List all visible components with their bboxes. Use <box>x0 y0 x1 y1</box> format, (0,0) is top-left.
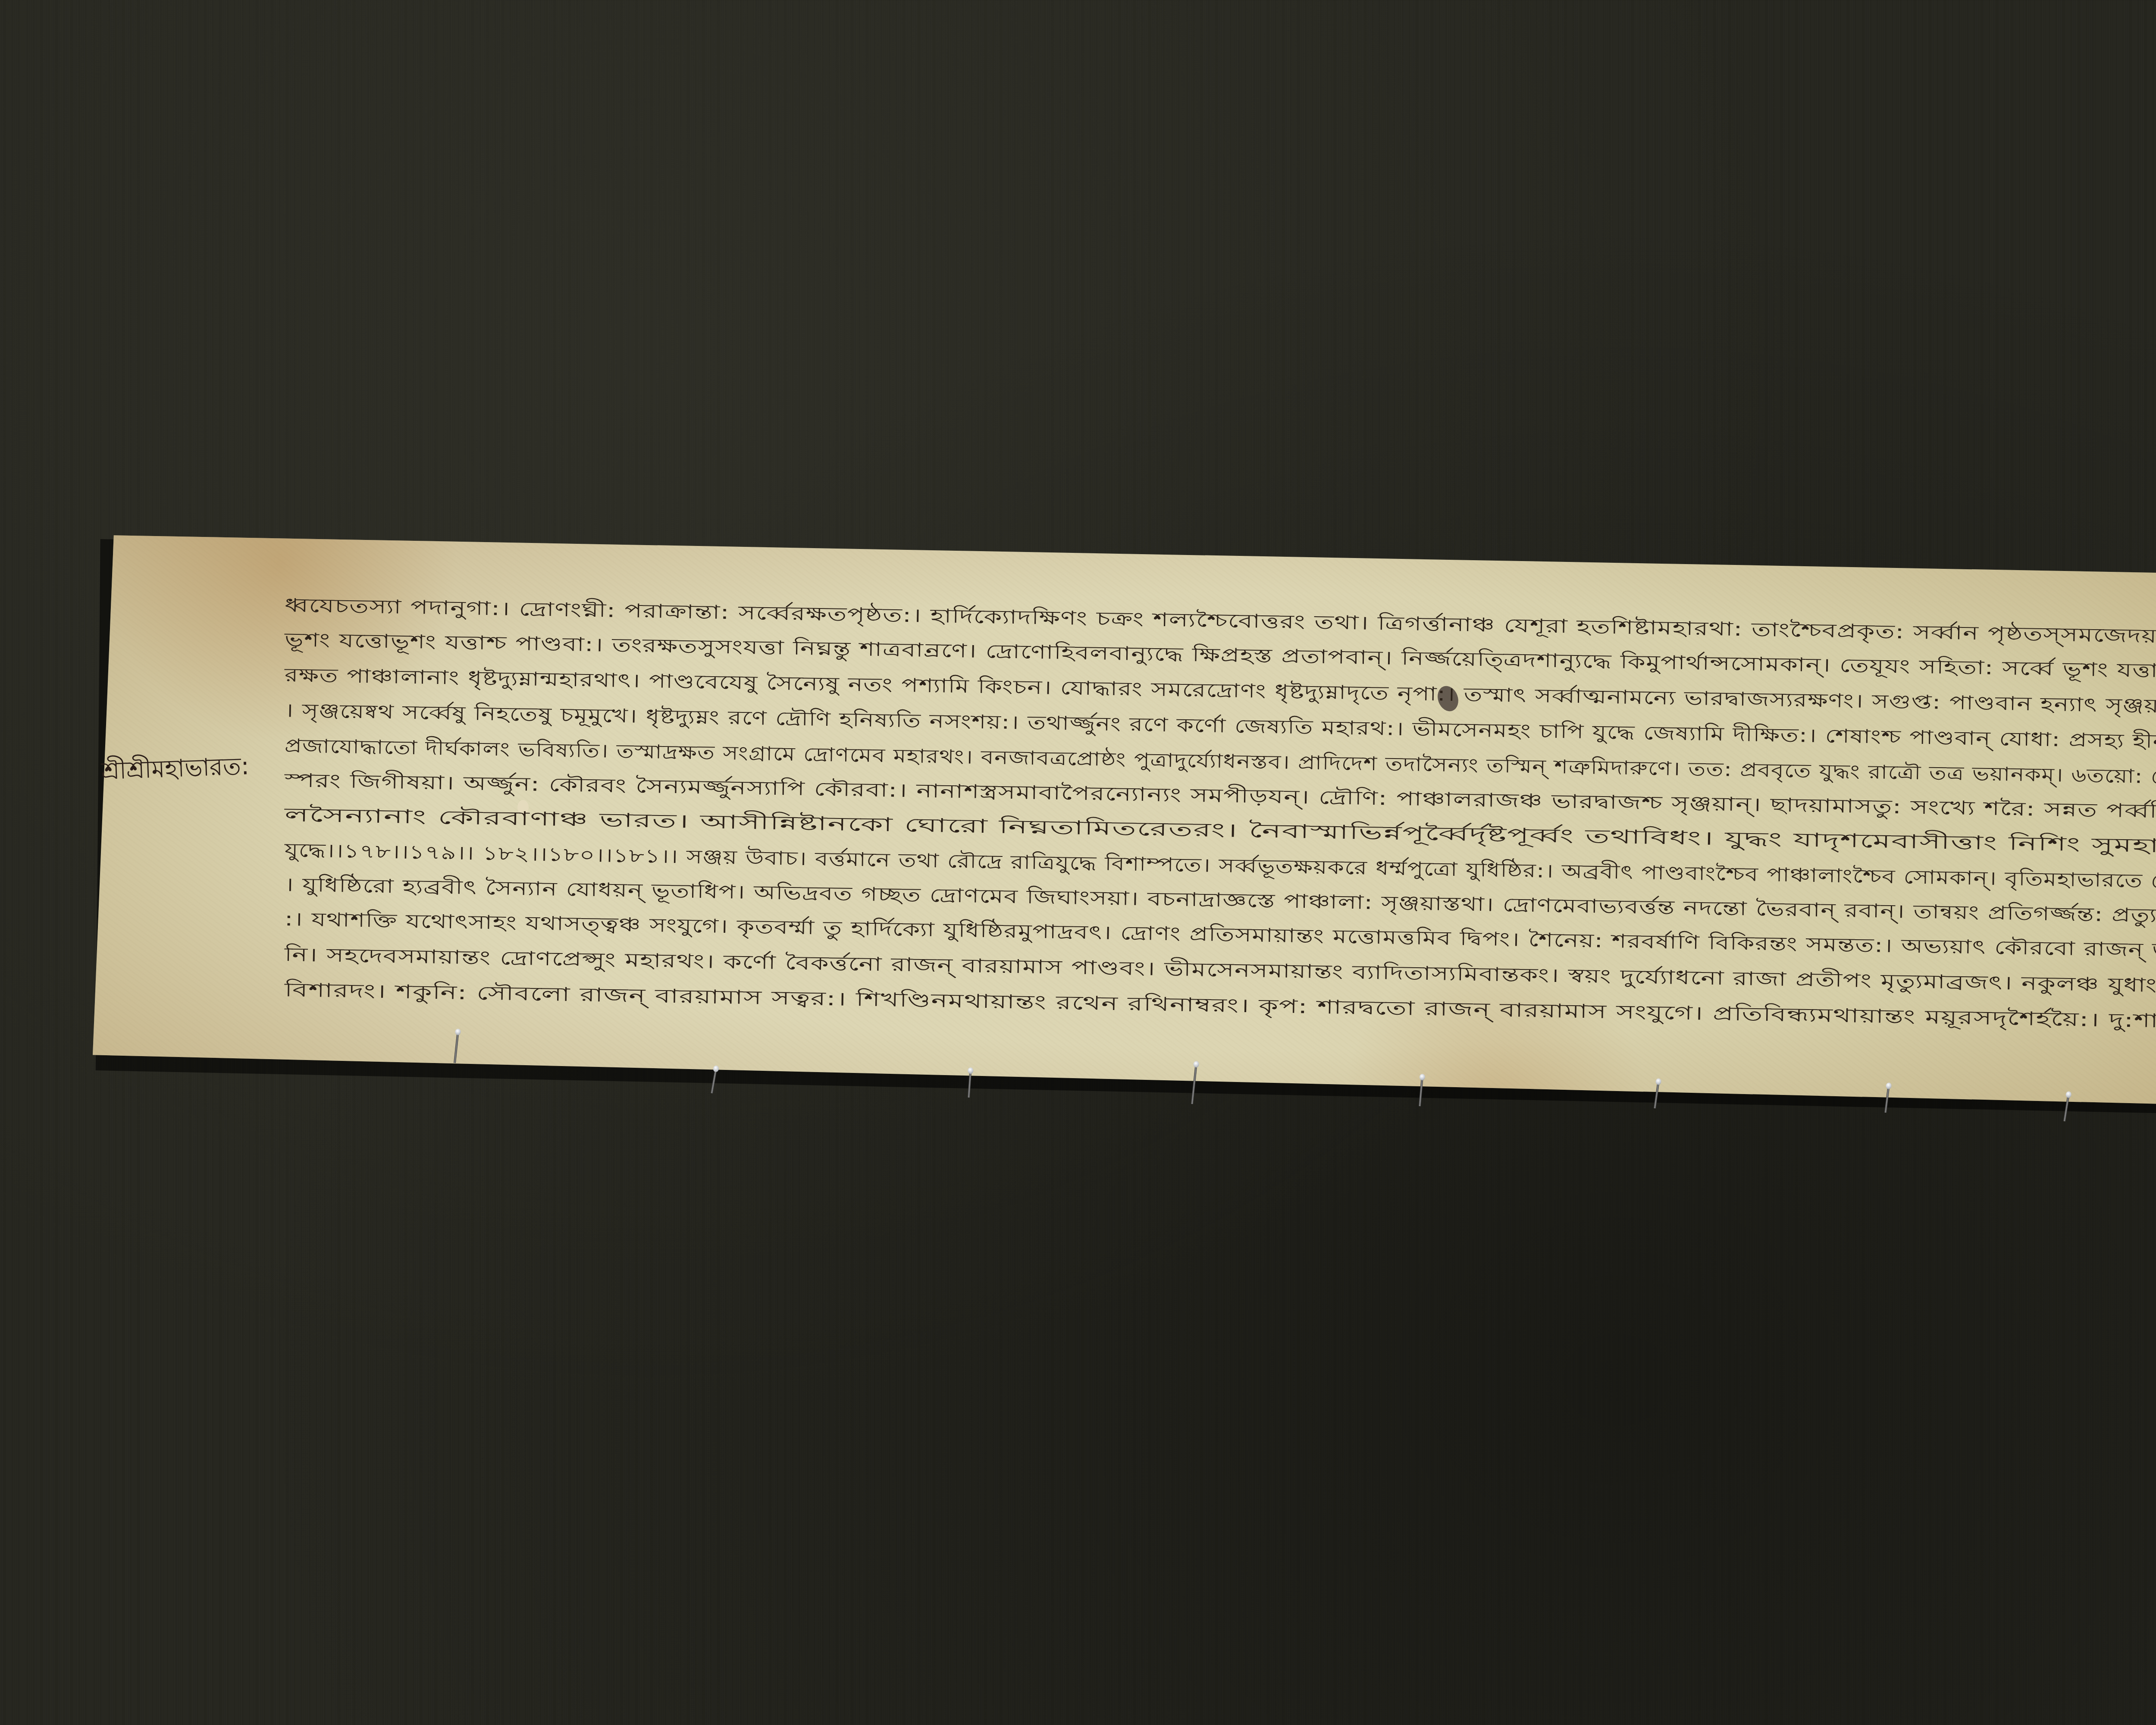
manuscript-folio <box>93 528 2156 1115</box>
paper-stain <box>517 800 529 815</box>
paper-aging-texture <box>93 528 2156 1115</box>
